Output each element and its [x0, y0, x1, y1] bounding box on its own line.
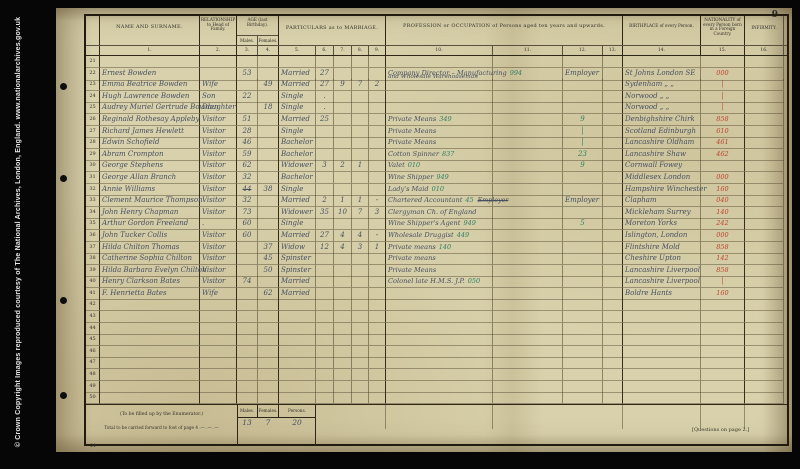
table-row: 32Annie WilliamsVisitor4438SingleLady's … — [86, 184, 787, 196]
name-cell: Hugh Lawrence Bowden — [100, 91, 200, 103]
marital-condition-cell: Spinster — [279, 265, 316, 277]
children-born-cell — [334, 56, 352, 68]
table-row: 37Hilda Chilton ThomasVisitor37Widow1243… — [86, 242, 787, 254]
enumerator-note: (To be filled up by the Enumerator.) — [86, 412, 237, 417]
relationship-cell: Visitor — [200, 230, 237, 242]
age-female-cell: 50 — [258, 265, 279, 277]
working-at-home-cell — [603, 184, 623, 196]
children-died-cell: 3 — [369, 207, 386, 219]
occupation-cell — [386, 288, 493, 300]
marital-condition-cell: Widower — [279, 160, 316, 172]
age-male-cell — [237, 79, 258, 91]
infirmity-cell — [745, 265, 784, 277]
birthplace-cell: Boldre Hants — [623, 288, 701, 300]
age-male-cell: 51 — [237, 114, 258, 126]
relationship-cell: Visitor — [200, 114, 237, 126]
children-born-cell: 1 — [334, 195, 352, 207]
children-living-cell: 7 — [352, 79, 369, 91]
line-number: 29 — [86, 149, 100, 161]
footer-males-total: 13 — [237, 418, 257, 444]
col-number: 3. — [237, 46, 258, 55]
children-died-cell: 2 — [369, 79, 386, 91]
header-relationship: RELATIONSHIP to Head of Family. — [200, 16, 237, 45]
infirmity-cell — [745, 381, 784, 393]
children-died-cell — [369, 91, 386, 103]
relationship-cell: Son — [200, 91, 237, 103]
birthplace-cell — [623, 392, 701, 404]
age-female-cell — [258, 114, 279, 126]
header-nationality: NATIONALITY of every Person born in a Fo… — [701, 16, 745, 45]
name-cell — [100, 381, 200, 393]
occupation-cell: Private Means — [386, 137, 493, 149]
name-cell: Hilda Barbara Evelyn Chilton — [100, 265, 200, 277]
relationship-cell: . — [200, 218, 237, 230]
occupation-cell — [386, 381, 493, 393]
birthplace-cell: Mickleham Surrey — [623, 207, 701, 219]
industry-cell — [493, 369, 563, 381]
children-died-cell — [369, 126, 386, 138]
occupation-cell — [386, 79, 493, 91]
age-male-cell — [237, 311, 258, 323]
years-married-cell — [316, 253, 334, 265]
col-number: 11. — [493, 46, 563, 55]
children-died-cell — [369, 218, 386, 230]
infirmity-cell — [745, 334, 784, 346]
name-cell: Henry Clarkson Bates — [100, 276, 200, 288]
employer-cell — [563, 265, 603, 277]
age-female-cell — [258, 346, 279, 358]
infirmity-cell — [745, 346, 784, 358]
column-numbers-row: 1.2.3.4.5.6.7.8.9.10.11.12.13.14.15.16. — [86, 45, 787, 55]
relationship-cell: Wife — [200, 79, 237, 91]
line-number: 45 — [86, 334, 100, 346]
age-female-cell — [258, 126, 279, 138]
col-number: 10. — [386, 46, 493, 55]
birthplace-cell: Sydenham „ „ — [623, 79, 701, 91]
employer-cell — [563, 207, 603, 219]
children-died-cell — [369, 346, 386, 358]
col-number: 12. — [563, 46, 603, 55]
line-number: 37 — [86, 242, 100, 254]
relationship-cell: Visitor — [200, 276, 237, 288]
children-died-cell — [369, 137, 386, 149]
age-female-cell: 38 — [258, 184, 279, 196]
children-died-cell — [369, 276, 386, 288]
industry-cell — [493, 207, 563, 219]
line-number: 25 — [86, 102, 100, 114]
years-married-cell: . — [316, 102, 334, 114]
birthplace-cell — [623, 56, 701, 68]
children-born-cell — [334, 218, 352, 230]
working-at-home-cell — [603, 79, 623, 91]
name-cell: Clement Maurice Thompson — [100, 195, 200, 207]
name-cell: John Tucker Collis — [100, 230, 200, 242]
industry-cell — [493, 381, 563, 393]
children-died-cell — [369, 56, 386, 68]
line-number: 40 — [86, 276, 100, 288]
years-married-cell — [316, 323, 334, 335]
children-died-cell — [369, 392, 386, 404]
header-age-females: Females. — [258, 36, 278, 45]
age-female-cell — [258, 160, 279, 172]
marital-condition-cell: Bachelor — [279, 137, 316, 149]
table-row: 22Ernest Bowden53Married27Company Direct… — [86, 68, 787, 80]
table-row: 49 — [86, 381, 787, 393]
table-row: 48 — [86, 369, 787, 381]
age-female-cell — [258, 137, 279, 149]
marital-condition-cell: Married — [279, 114, 316, 126]
age-male-cell — [237, 323, 258, 335]
occupation-cell — [386, 392, 493, 404]
line-number: 42 — [86, 299, 100, 311]
header-name: NAME AND SURNAME. — [100, 16, 200, 45]
children-living-cell — [352, 114, 369, 126]
header-age: AGE (last Birthday). Males. Females. — [237, 16, 279, 45]
table-row: 34John Henry ChapmanVisitor73Widower3510… — [86, 207, 787, 219]
marital-condition-cell — [279, 56, 316, 68]
years-married-cell: 27 — [316, 230, 334, 242]
occupation-cell — [386, 357, 493, 369]
relationship-cell: Wife — [200, 288, 237, 300]
col-number: 7. — [334, 46, 352, 55]
industry-cell — [493, 334, 563, 346]
children-born-cell — [334, 392, 352, 404]
line-number: 46 — [86, 346, 100, 358]
children-died-cell — [369, 265, 386, 277]
employer-cell — [563, 369, 603, 381]
col-number: 14. — [623, 46, 701, 55]
relationship-cell: Visitor — [200, 149, 237, 161]
children-living-cell — [352, 299, 369, 311]
header-occupation: PROFESSION or OCCUPATION of Persons aged… — [386, 16, 623, 45]
industry-cell — [493, 184, 563, 196]
relationship-cell: Visitor — [200, 242, 237, 254]
census-scan-page: © Crown Copyright Images reproduced cour… — [0, 0, 800, 469]
employer-cell — [563, 184, 603, 196]
years-married-cell — [316, 311, 334, 323]
age-female-cell — [258, 218, 279, 230]
years-married-cell: 12 — [316, 242, 334, 254]
name-cell: Audrey Muriel Gertrude Bowden — [100, 102, 200, 114]
working-at-home-cell — [603, 242, 623, 254]
children-living-cell — [352, 218, 369, 230]
years-married-cell — [316, 265, 334, 277]
industry-cell — [493, 265, 563, 277]
line-number: 28 — [86, 137, 100, 149]
children-born-cell — [334, 184, 352, 196]
employer-cell: 9 — [563, 114, 603, 126]
lineno-header-cell — [86, 46, 100, 55]
children-living-cell — [352, 381, 369, 393]
children-born-cell — [334, 323, 352, 335]
nationality-ref-cell — [701, 369, 745, 381]
age-male-cell — [237, 265, 258, 277]
marital-condition-cell: Married — [279, 276, 316, 288]
children-died-cell — [369, 299, 386, 311]
line-number: 31 — [86, 172, 100, 184]
age-male-cell — [237, 381, 258, 393]
line-number: 33 — [86, 195, 100, 207]
working-at-home-cell — [603, 207, 623, 219]
employer-cell: Employer — [563, 195, 603, 207]
children-living-cell — [352, 323, 369, 335]
age-male-cell: 62 — [237, 160, 258, 172]
birthplace-cell: Lancashire Liverpool — [623, 276, 701, 288]
table-body: 2122Ernest Bowden53Married27Company Dire… — [86, 56, 787, 404]
working-at-home-cell — [603, 230, 623, 242]
col-number: 9. — [369, 46, 386, 55]
enumerator-note-cell: (To be filled up by the Enumerator.) Tot… — [86, 405, 238, 445]
table-row: 47 — [86, 357, 787, 369]
table-row: 30George StephensVisitor62Widower321Vale… — [86, 160, 787, 172]
working-at-home-cell — [603, 218, 623, 230]
infirmity-cell — [745, 172, 784, 184]
age-female-cell: 37 — [258, 242, 279, 254]
age-female-cell — [258, 323, 279, 335]
divider — [622, 405, 623, 429]
birthplace-cell — [623, 346, 701, 358]
nationality-ref-cell: 858 — [701, 114, 745, 126]
occupation-cell — [386, 102, 493, 114]
infirmity-cell — [745, 91, 784, 103]
employer-cell: │ — [563, 137, 603, 149]
years-married-cell — [316, 381, 334, 393]
name-cell: Reginald Rothesay Appleby — [100, 114, 200, 126]
col-number: 15. — [701, 46, 745, 55]
marital-condition-cell — [279, 369, 316, 381]
children-living-cell: 1 — [352, 160, 369, 172]
birthplace-cell — [623, 369, 701, 381]
working-at-home-cell — [603, 114, 623, 126]
nationality-ref-cell: 858 — [701, 265, 745, 277]
industry-cell — [493, 357, 563, 369]
marital-condition-cell: Widow — [279, 242, 316, 254]
years-married-cell — [316, 172, 334, 184]
working-at-home-cell — [603, 172, 623, 184]
marital-condition-cell — [279, 357, 316, 369]
age-male-cell: 73 — [237, 207, 258, 219]
nationality-ref-cell: 000 — [701, 230, 745, 242]
nationality-ref-cell: 000 — [701, 172, 745, 184]
col-number: 4. — [258, 46, 279, 55]
marital-condition-cell: Single — [279, 184, 316, 196]
working-at-home-cell — [603, 91, 623, 103]
table-row: 44 — [86, 323, 787, 335]
children-died-cell — [369, 172, 386, 184]
relationship-cell — [200, 369, 237, 381]
infirmity-cell — [745, 195, 784, 207]
years-married-cell — [316, 357, 334, 369]
employer-cell — [563, 323, 603, 335]
occupation-cell: Wholesale Druggist449 — [386, 230, 493, 242]
working-at-home-cell — [603, 288, 623, 300]
industry-cell — [493, 392, 563, 404]
birthplace-cell: Islington, London — [623, 230, 701, 242]
table-row: 41F. Henrietta BatesWife62MarriedBoldre … — [86, 288, 787, 300]
header-marriage: PARTICULARS as to MARRIAGE. — [279, 16, 386, 45]
age-female-cell — [258, 172, 279, 184]
age-female-cell — [258, 276, 279, 288]
children-born-cell — [334, 149, 352, 161]
children-died-cell — [369, 184, 386, 196]
divider — [744, 405, 745, 429]
name-cell: F. Henrietta Bates — [100, 288, 200, 300]
working-at-home-cell — [603, 253, 623, 265]
age-male-cell — [237, 346, 258, 358]
birthplace-cell — [623, 311, 701, 323]
infirmity-cell — [745, 242, 784, 254]
years-married-cell — [316, 149, 334, 161]
name-cell — [100, 334, 200, 346]
years-married-cell: . — [316, 91, 334, 103]
name-cell: Annie Williams — [100, 184, 200, 196]
working-at-home-cell — [603, 126, 623, 138]
age-male-cell — [237, 369, 258, 381]
punch-hole-icon — [60, 297, 67, 304]
name-cell: George Stephens — [100, 160, 200, 172]
industry-cell — [493, 79, 563, 91]
table-row: 43 — [86, 311, 787, 323]
children-living-cell — [352, 334, 369, 346]
employer-cell — [563, 56, 603, 68]
relationship-cell: Visitor — [200, 160, 237, 172]
industry-cell — [493, 288, 563, 300]
industry-cell — [493, 102, 563, 114]
table-row: 39Hilda Barbara Evelyn ChiltonVisitor50S… — [86, 265, 787, 277]
marital-condition-cell: Bachelor — [279, 149, 316, 161]
marital-condition-cell: Single — [279, 126, 316, 138]
employer-cell — [563, 79, 603, 91]
relationship-cell — [200, 392, 237, 404]
table-row: 35Arthur Gordon Freeland.60SingleWine Sh… — [86, 218, 787, 230]
relationship-cell — [200, 381, 237, 393]
years-married-cell — [316, 299, 334, 311]
name-cell: Emma Beatrice Bowden — [100, 79, 200, 91]
birthplace-cell: Lancashire Liverpool — [623, 265, 701, 277]
working-at-home-cell — [603, 311, 623, 323]
industry-cell — [493, 91, 563, 103]
divider — [315, 405, 316, 445]
birthplace-cell: Scotland Edinburgh — [623, 126, 701, 138]
infirmity-cell — [745, 392, 784, 404]
age-female-cell: 18 — [258, 102, 279, 114]
questions-note: [Questions on page 2.] — [692, 427, 749, 433]
line-number: 34 — [86, 207, 100, 219]
infirmity-cell — [745, 299, 784, 311]
infirmity-cell — [745, 276, 784, 288]
occupation-cell: Private means140 — [386, 242, 493, 254]
age-female-cell — [258, 56, 279, 68]
children-born-cell — [334, 381, 352, 393]
nationality-ref-cell: 142 — [701, 253, 745, 265]
age-female-cell — [258, 149, 279, 161]
birthplace-cell — [623, 323, 701, 335]
relationship-cell: Visitor — [200, 195, 237, 207]
children-died-cell — [369, 102, 386, 114]
infirmity-cell — [745, 288, 784, 300]
age-male-cell: 32 — [237, 172, 258, 184]
age-female-cell: 49 — [258, 79, 279, 91]
marital-condition-cell — [279, 381, 316, 393]
birthplace-cell — [623, 334, 701, 346]
industry-cell — [493, 172, 563, 184]
occupation-cell: Wine Shipper949 — [386, 172, 493, 184]
employer-cell — [563, 357, 603, 369]
nationality-ref-cell: 160 — [701, 288, 745, 300]
age-male-cell — [237, 288, 258, 300]
table-footer: (To be filled up by the Enumerator.) Tot… — [86, 404, 787, 445]
name-cell — [100, 323, 200, 335]
children-living-cell — [352, 172, 369, 184]
infirmity-cell — [745, 184, 784, 196]
table-row: 29Abram CromptonVisitor59BachelorCotton … — [86, 149, 787, 161]
children-died-cell — [369, 311, 386, 323]
years-married-cell — [316, 276, 334, 288]
infirmity-cell — [745, 230, 784, 242]
infirmity-cell — [745, 207, 784, 219]
employer-cell — [563, 311, 603, 323]
occupation-cell: Cotton Spinner837 — [386, 149, 493, 161]
name-cell: Edwin Schofield — [100, 137, 200, 149]
occupation-cell — [386, 346, 493, 358]
industry-cell — [493, 323, 563, 335]
crown-copyright-text: © Crown Copyright Images reproduced cour… — [15, 2, 31, 462]
birthplace-cell: Cornwall Fowey — [623, 160, 701, 172]
working-at-home-cell — [603, 323, 623, 335]
line-number: 30 — [86, 160, 100, 172]
footer-males-label: Males. — [237, 405, 258, 418]
header-infirmity: INFIRMITY. — [745, 16, 784, 45]
marital-condition-cell — [279, 334, 316, 346]
table-row: 40Henry Clarkson BatesVisitor74MarriedCo… — [86, 276, 787, 288]
years-married-cell — [316, 369, 334, 381]
infirmity-cell — [745, 114, 784, 126]
sheet-number: 21 — [90, 443, 96, 449]
birthplace-cell: Norwood „ „ — [623, 91, 701, 103]
working-at-home-cell — [603, 195, 623, 207]
nationality-ref-cell: 858 — [701, 242, 745, 254]
age-female-cell — [258, 392, 279, 404]
relationship-cell: Visitor — [200, 265, 237, 277]
header-age-males: Males. — [237, 36, 258, 45]
marital-condition-cell — [279, 323, 316, 335]
working-at-home-cell — [603, 160, 623, 172]
relationship-cell — [200, 334, 237, 346]
name-cell: George Allan Branch — [100, 172, 200, 184]
age-male-cell — [237, 357, 258, 369]
occupation-cell: Wine Shipper's Agent949 — [386, 218, 493, 230]
relationship-cell — [200, 56, 237, 68]
children-living-cell — [352, 253, 369, 265]
children-living-cell — [352, 369, 369, 381]
footer-females-label: Females. — [258, 405, 279, 418]
marital-condition-cell: Single — [279, 91, 316, 103]
occupation-cell: Private Means349 — [386, 114, 493, 126]
relationship-cell — [200, 311, 237, 323]
col-number: 6. — [316, 46, 334, 55]
occupation-cell: Clergyman Ch. of England — [386, 207, 493, 219]
years-married-cell: 2 — [316, 195, 334, 207]
relationship-cell — [200, 346, 237, 358]
children-living-cell — [352, 357, 369, 369]
children-born-cell — [334, 276, 352, 288]
nationality-ref-cell — [701, 334, 745, 346]
line-number: 50 — [86, 392, 100, 404]
children-living-cell — [352, 56, 369, 68]
relationship-cell: Visitor — [200, 126, 237, 138]
marital-condition-cell: Spinster — [279, 253, 316, 265]
children-born-cell — [334, 172, 352, 184]
